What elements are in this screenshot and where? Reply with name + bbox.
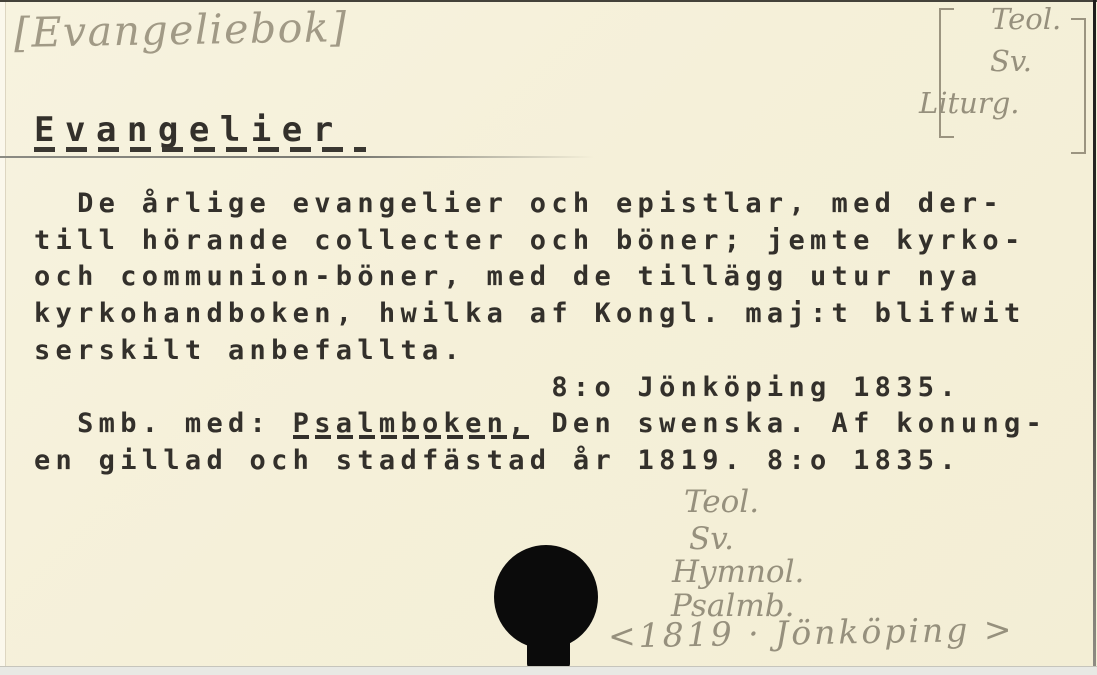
horizontal-rule xyxy=(0,156,594,158)
card-body-text: De årlige evangelier och epistlar, med d… xyxy=(34,186,1047,480)
body-line: kyrkohandboken, hwilka af Kongl. maj:t b… xyxy=(34,296,1047,333)
classification-line: Teol. xyxy=(991,2,1061,36)
hole-punch-icon xyxy=(494,545,598,649)
card-title: Evangelier xyxy=(34,110,344,150)
pencil-annotation-bottom: Hymnol. xyxy=(672,554,804,590)
body-line: De årlige evangelier och epistlar, med d… xyxy=(34,186,1047,223)
classification-line: Liturg. xyxy=(919,86,1020,120)
body-line: Smb. med: Psalmboken, Den swenska. Af ko… xyxy=(34,406,1047,443)
pencil-annotation-bottom: Sv. xyxy=(689,521,734,557)
imprint-line: 8:o Jönköping 1835. xyxy=(34,370,1047,407)
body-line: och communion-böner, med de tillägg utur… xyxy=(34,259,1047,296)
body-line: till hörande collecter och böner; jemte … xyxy=(34,223,1047,260)
catalog-card-scan: [Evangeliebok] Teol. Sv. Liturg. Evangel… xyxy=(0,0,1097,675)
title-dashed-underline xyxy=(34,147,366,152)
body-line-segment: Den swenska. Af konung- xyxy=(530,408,1047,439)
body-line-segment: Smb. med: xyxy=(34,408,293,439)
classification-line: Sv. xyxy=(990,44,1032,78)
classification-pencil-box: Teol. Sv. Liturg. xyxy=(933,4,1089,154)
pencil-annotation-year: <1819 · Jönköping > xyxy=(608,609,1015,655)
hole-punch-stem xyxy=(527,636,570,668)
body-line: serskilt anbefallta. xyxy=(34,333,1047,370)
card-top-edge xyxy=(0,0,1097,2)
card-right-edge xyxy=(1093,0,1096,675)
pencil-annotation-topleft: [Evangeliebok] xyxy=(14,3,349,57)
body-line: en gillad och stadfästad år 1819. 8:o 18… xyxy=(34,443,1047,480)
card-left-edge xyxy=(0,0,6,675)
scan-background-strip xyxy=(0,666,1097,675)
right-bracket xyxy=(1071,18,1086,154)
pencil-annotation-bottom: Teol. xyxy=(684,484,759,520)
underlined-title-psalmboken: Psalmboken, xyxy=(293,408,530,439)
